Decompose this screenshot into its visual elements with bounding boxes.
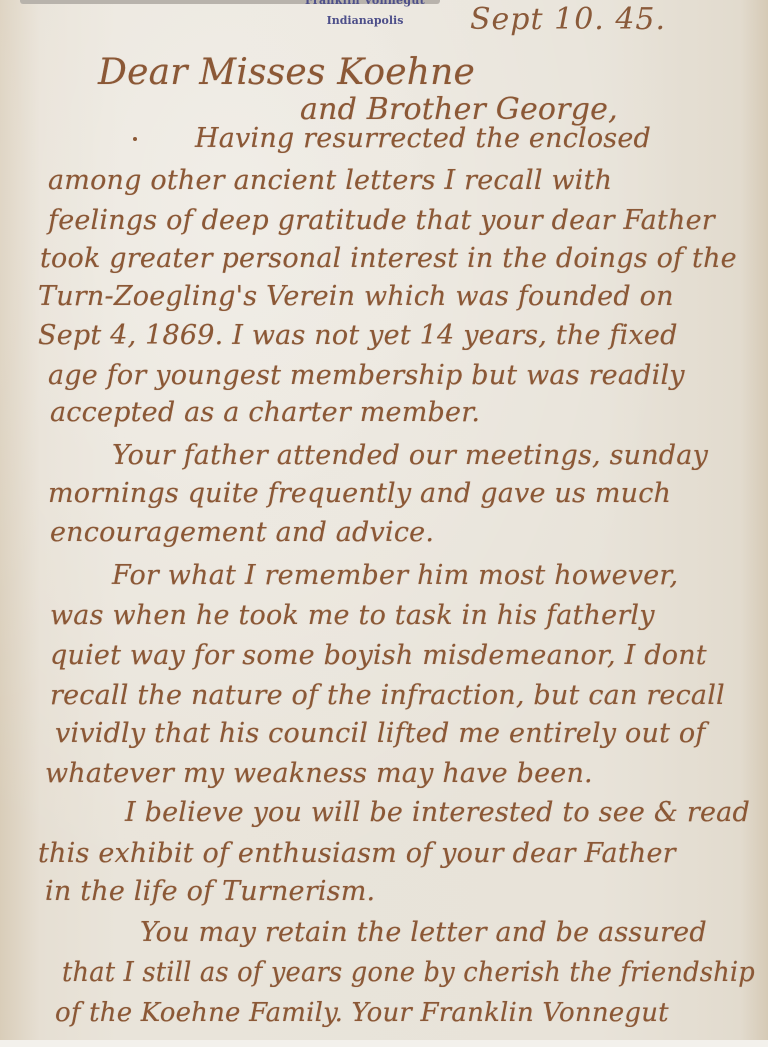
body-line: Having resurrected the enclosed [195,123,651,154]
salutation-line-1: Dear Misses Koehne [98,52,475,93]
letterhead: Franklin Vonnegut Indianapolis [300,0,430,26]
letterhead-city: Indianapolis [300,15,430,26]
paper-bottom-edge [0,1040,768,1047]
body-line: accepted as a charter member. [50,397,480,428]
letter-page: Franklin Vonnegut Indianapolis Sept 10. … [0,0,768,1040]
salutation-line-2: and Brother George, [300,92,618,127]
body-line: quiet way for some boyish misdemeanor, I… [50,640,707,671]
body-line: in the life of Turnerism. [45,876,375,907]
body-line: I believe you will be interested to see … [125,797,750,828]
body-line: that I still as of years gone by cherish… [62,957,755,988]
body-line: Turn-Zoegling's Verein which was founded… [38,281,674,312]
body-line: recall the nature of the infraction, but… [50,680,725,711]
body-line: Sept 4, 1869. I was not yet 14 years, th… [38,320,678,351]
body-line: age for youngest membership but was read… [48,360,685,391]
body-line: For what I remember him most however, [112,560,678,591]
closing-and-signature-line: of the Koehne Family. Your Franklin Vonn… [55,998,669,1028]
body-line: encouragement and advice. [50,517,434,548]
letterhead-name: Franklin Vonnegut [300,0,430,6]
ink-dot [133,137,137,141]
body-line: You may retain the letter and be assured [140,917,707,948]
body-line: this exhibit of enthusiasm of your dear … [38,838,676,869]
body-line: mornings quite frequently and gave us mu… [48,478,671,509]
body-line: among other ancient letters I recall wit… [48,165,612,196]
body-line: was when he took me to task in his fathe… [50,600,655,631]
body-line: took greater personal interest in the do… [40,243,737,274]
body-line: feelings of deep gratitude that your dea… [48,205,715,236]
body-line: whatever my weakness may have been. [45,758,593,789]
letter-date: Sept 10. 45. [470,2,666,37]
body-line: Your father attended our meetings, sunda… [112,440,708,471]
body-line: vividly that his council lifted me entir… [55,718,706,749]
